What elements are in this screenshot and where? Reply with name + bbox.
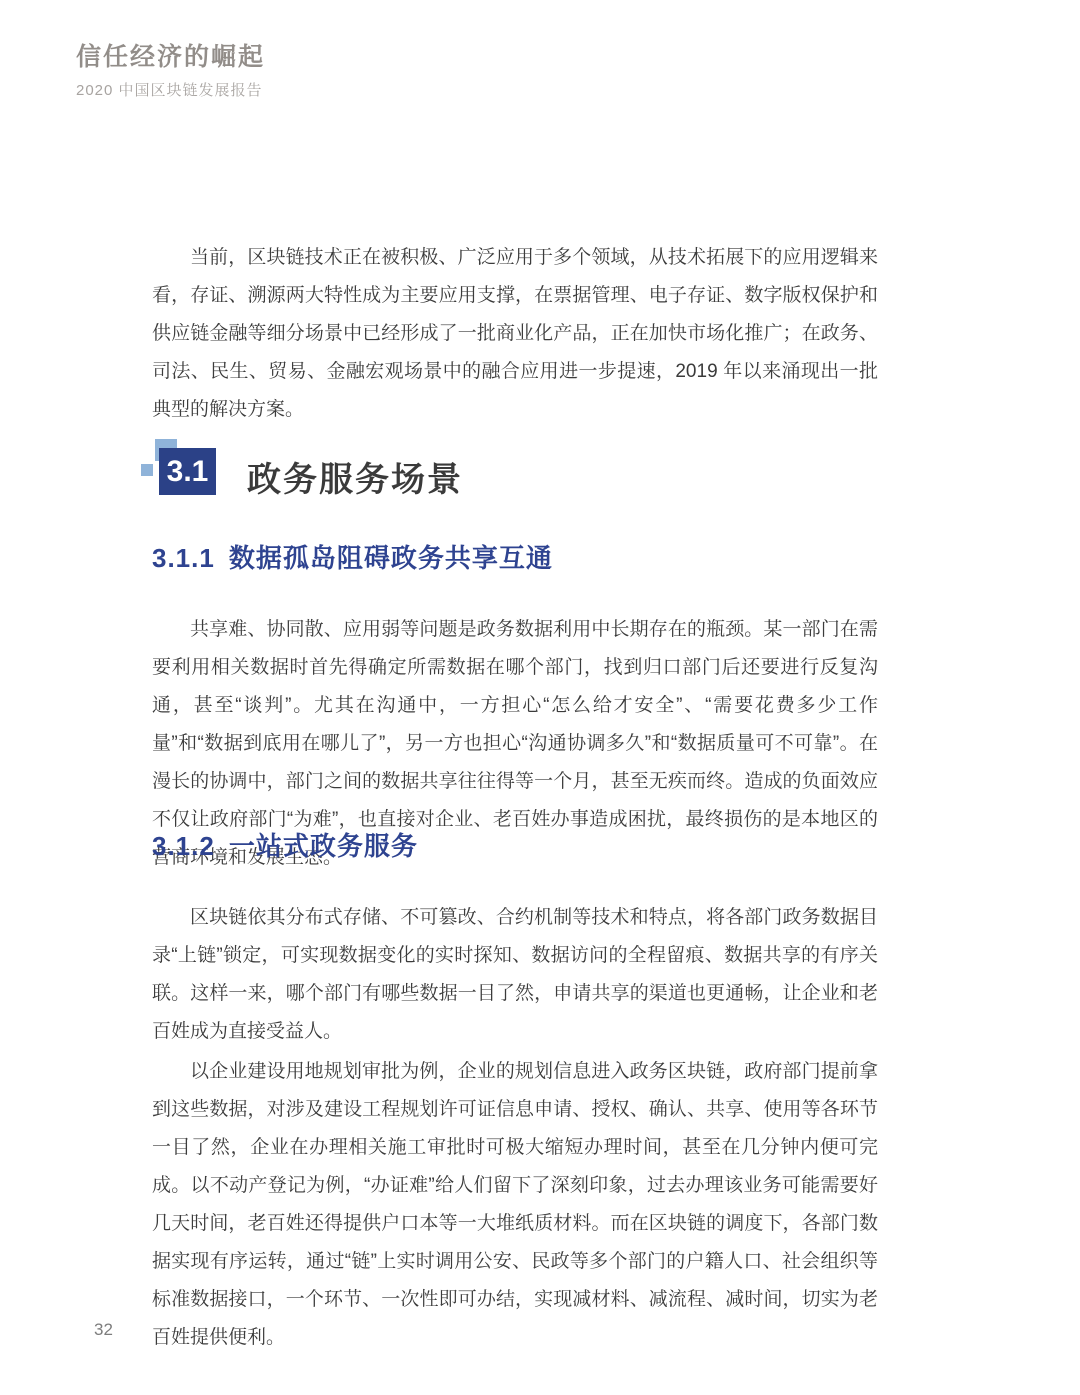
section-number-badge: 3.1 xyxy=(138,437,220,515)
section-number: 3.1 xyxy=(159,448,216,495)
subsection-title: 数据孤岛阻碍政务共享互通 xyxy=(229,543,553,573)
section-header: 3.1 政务服务场景 xyxy=(138,436,463,516)
intro-paragraph: 当前，区块链技术正在被积极、广泛应用于多个领域，从技术拓展下的应用逻辑来看，存证… xyxy=(152,239,878,429)
badge-decor-square-small xyxy=(141,464,153,476)
section-title: 政务服务场景 xyxy=(247,452,463,501)
report-logo: 信任经济的崛起 2020 中国区块链发展报告 xyxy=(76,44,265,100)
paragraph: 区块链依其分布式存储、不可篡改、合约机制等技术和特点，将各部门政务数据目录“上链… xyxy=(152,899,878,1051)
subsection-heading-3-1-1: 3.1.1数据孤岛阻碍政务共享互通 xyxy=(152,538,553,575)
subsection-title: 一站式政务服务 xyxy=(229,831,418,861)
page-number: 32 xyxy=(94,1320,113,1340)
subsection-number: 3.1.2 xyxy=(152,831,215,861)
logo-title: 信任经济的崛起 xyxy=(76,44,265,72)
subsection-heading-3-1-2: 3.1.2一站式政务服务 xyxy=(152,826,418,863)
subsection-number: 3.1.1 xyxy=(152,543,215,573)
logo-subtitle: 2020 中国区块链发展报告 xyxy=(76,79,265,100)
paragraph: 以企业建设用地规划审批为例，企业的规划信息进入政务区块链，政府部门提前拿到这些数… xyxy=(152,1053,878,1357)
